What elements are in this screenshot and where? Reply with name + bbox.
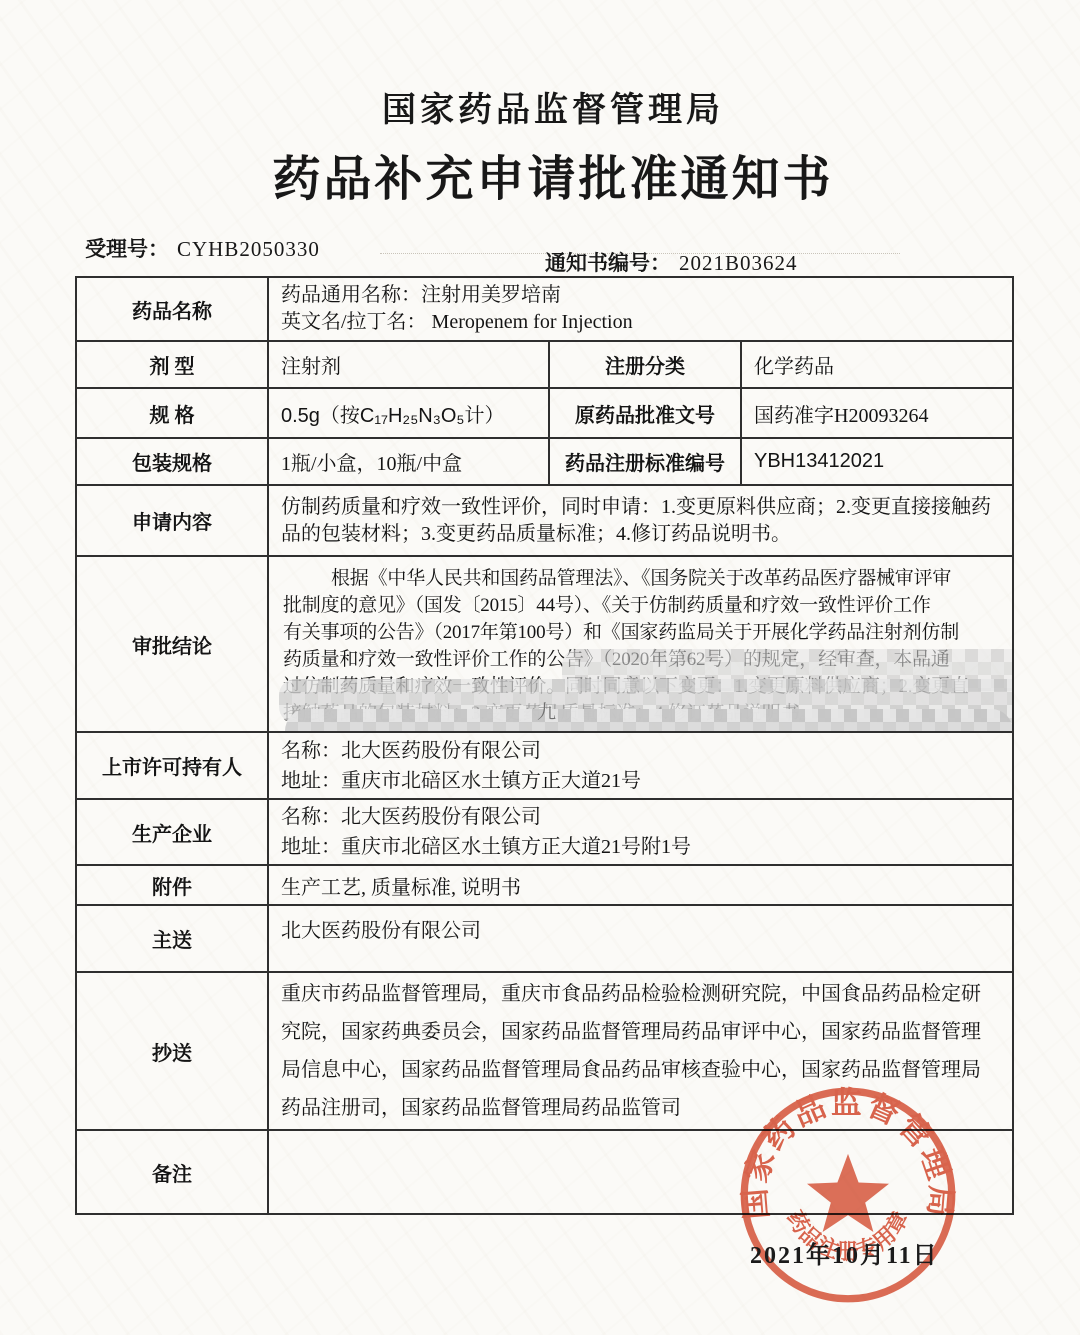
drug-generic-name: 药品通用名称：注射用美罗培南 (281, 282, 1000, 309)
redaction-visible-fragment: 九 (537, 697, 556, 724)
table-row: 主送 北大医药股份有限公司 (76, 905, 1013, 972)
drug-name-cell: 药品通用名称：注射用美罗培南 英文名/拉丁名： Meropenem for In… (268, 277, 1013, 341)
notice-number: 通知书编号：2021B03624 (545, 247, 798, 277)
official-seal: 国家药品监督管理局 药品注册专用章 (735, 1082, 961, 1308)
table-row: 药品名称 药品通用名称：注射用美罗培南 英文名/拉丁名： Meropenem f… (76, 277, 1013, 341)
page-title: 药品补充申请批准通知书 (0, 140, 1080, 209)
manufacturer-address: 地址：重庆市北碚区水土镇方正大道21号附1号 (281, 832, 1000, 862)
table-row: 附件 生产工艺, 质量标准, 说明书 (76, 865, 1013, 905)
manufacturer-name: 名称：北大医药股份有限公司 (281, 802, 1000, 832)
approval-line: 根据《中华人民共和国药品管理法》、《国务院关于改革药品医疗器械审评审 (283, 565, 1000, 592)
notice-number-value: 2021B03624 (679, 251, 798, 275)
acceptance-number: 受理号：CYHB2050330 (85, 233, 320, 263)
specification-value: 0.5g（按C₁₇H₂₅N₃O₅计） (268, 388, 549, 438)
table-row: 包装规格 1瓶/小盒，10瓶/中盒 药品注册标准编号 YBH13412021 (76, 438, 1013, 485)
mah-name: 名称：北大医药股份有限公司 (281, 736, 1000, 766)
approval-conclusion-cell: 根据《中华人民共和国药品管理法》、《国务院关于改革药品医疗器械审评审 批制度的意… (268, 556, 1013, 732)
manufacturer-cell: 名称：北大医药股份有限公司 地址：重庆市北碚区水土镇方正大道21号附1号 (268, 799, 1013, 865)
manufacturer-label: 生产企业 (76, 799, 268, 865)
application-content-value: 仿制药质量和疗效一致性评价，同时申请：1.变更原料供应商；2.变更直接接触药品的… (268, 485, 1013, 556)
acceptance-number-label: 受理号： (85, 237, 169, 261)
approval-conclusion-label: 审批结论 (76, 556, 268, 732)
mah-address: 地址：重庆市北碚区水土镇方正大道21号 (281, 766, 1000, 796)
application-content-label: 申请内容 (76, 485, 268, 556)
package-spec-value: 1瓶/小盒，10瓶/中盒 (268, 438, 549, 485)
table-row: 规 格 0.5g（按C₁₇H₂₅N₃O₅计） 原药品批准文号 国药准字H2009… (76, 388, 1013, 438)
registration-class-value: 化学药品 (741, 341, 1013, 388)
drug-name-label: 药品名称 (76, 277, 268, 341)
original-approval-no-value: 国药准字H20093264 (741, 388, 1013, 438)
notice-table: 药品名称 药品通用名称：注射用美罗培南 英文名/拉丁名： Meropenem f… (75, 276, 1014, 1215)
specification-label: 规 格 (76, 388, 268, 438)
attachments-value: 生产工艺, 质量标准, 说明书 (268, 865, 1013, 905)
attachments-label: 附件 (76, 865, 268, 905)
acceptance-number-value: CYHB2050330 (177, 237, 320, 261)
table-row: 申请内容 仿制药质量和疗效一致性评价，同时申请：1.变更原料供应商；2.变更直接… (76, 485, 1013, 556)
original-approval-no-label: 原药品批准文号 (549, 388, 741, 438)
dosage-form-value: 注射剂 (268, 341, 549, 388)
registration-standard-no-label: 药品注册标准编号 (549, 438, 741, 485)
redaction-mosaic (285, 709, 1013, 732)
issue-date: 2021年10月11日 (750, 1235, 939, 1270)
seal-graphic: 国家药品监督管理局 药品注册专用章 (735, 1082, 961, 1308)
main-recipient-value: 北大医药股份有限公司 (268, 905, 1013, 972)
table-row: 生产企业 名称：北大医药股份有限公司 地址：重庆市北碚区水土镇方正大道21号附1… (76, 799, 1013, 865)
package-spec-label: 包装规格 (76, 438, 268, 485)
mah-cell: 名称：北大医药股份有限公司 地址：重庆市北碚区水土镇方正大道21号 (268, 732, 1013, 799)
drug-english-name: 英文名/拉丁名： Meropenem for Injection (281, 309, 1000, 336)
cc-label: 抄送 (76, 972, 268, 1130)
registration-standard-no-value: YBH13412021 (741, 438, 1013, 485)
registration-class-label: 注册分类 (549, 341, 741, 388)
approval-line: 有关事项的公告》（2017年第100号）和《国家药监局关于开展化学药品注射剂仿制 (283, 619, 1000, 646)
table-row: 审批结论 根据《中华人民共和国药品管理法》、《国务院关于改革药品医疗器械审评审 … (76, 556, 1013, 732)
main-recipient-label: 主送 (76, 905, 268, 972)
table-row: 上市许可持有人 名称：北大医药股份有限公司 地址：重庆市北碚区水土镇方正大道21… (76, 732, 1013, 799)
mah-label: 上市许可持有人 (76, 732, 268, 799)
table-row: 剂 型 注射剂 注册分类 化学药品 (76, 341, 1013, 388)
notice-number-label: 通知书编号： (545, 251, 671, 275)
scanned-notice-page: 国家药品监督管理局 药品补充申请批准通知书 受理号：CYHB2050330 通知… (0, 0, 1080, 1335)
agency-title: 国家药品监督管理局 (0, 82, 1080, 131)
dosage-form-label: 剂 型 (76, 341, 268, 388)
approval-line: 批制度的意见》（国发〔2015〕44号）、《关于仿制药质量和疗效一致性评价工作 (283, 592, 1000, 619)
remarks-label: 备注 (76, 1130, 268, 1214)
seal-star-icon (807, 1154, 889, 1232)
